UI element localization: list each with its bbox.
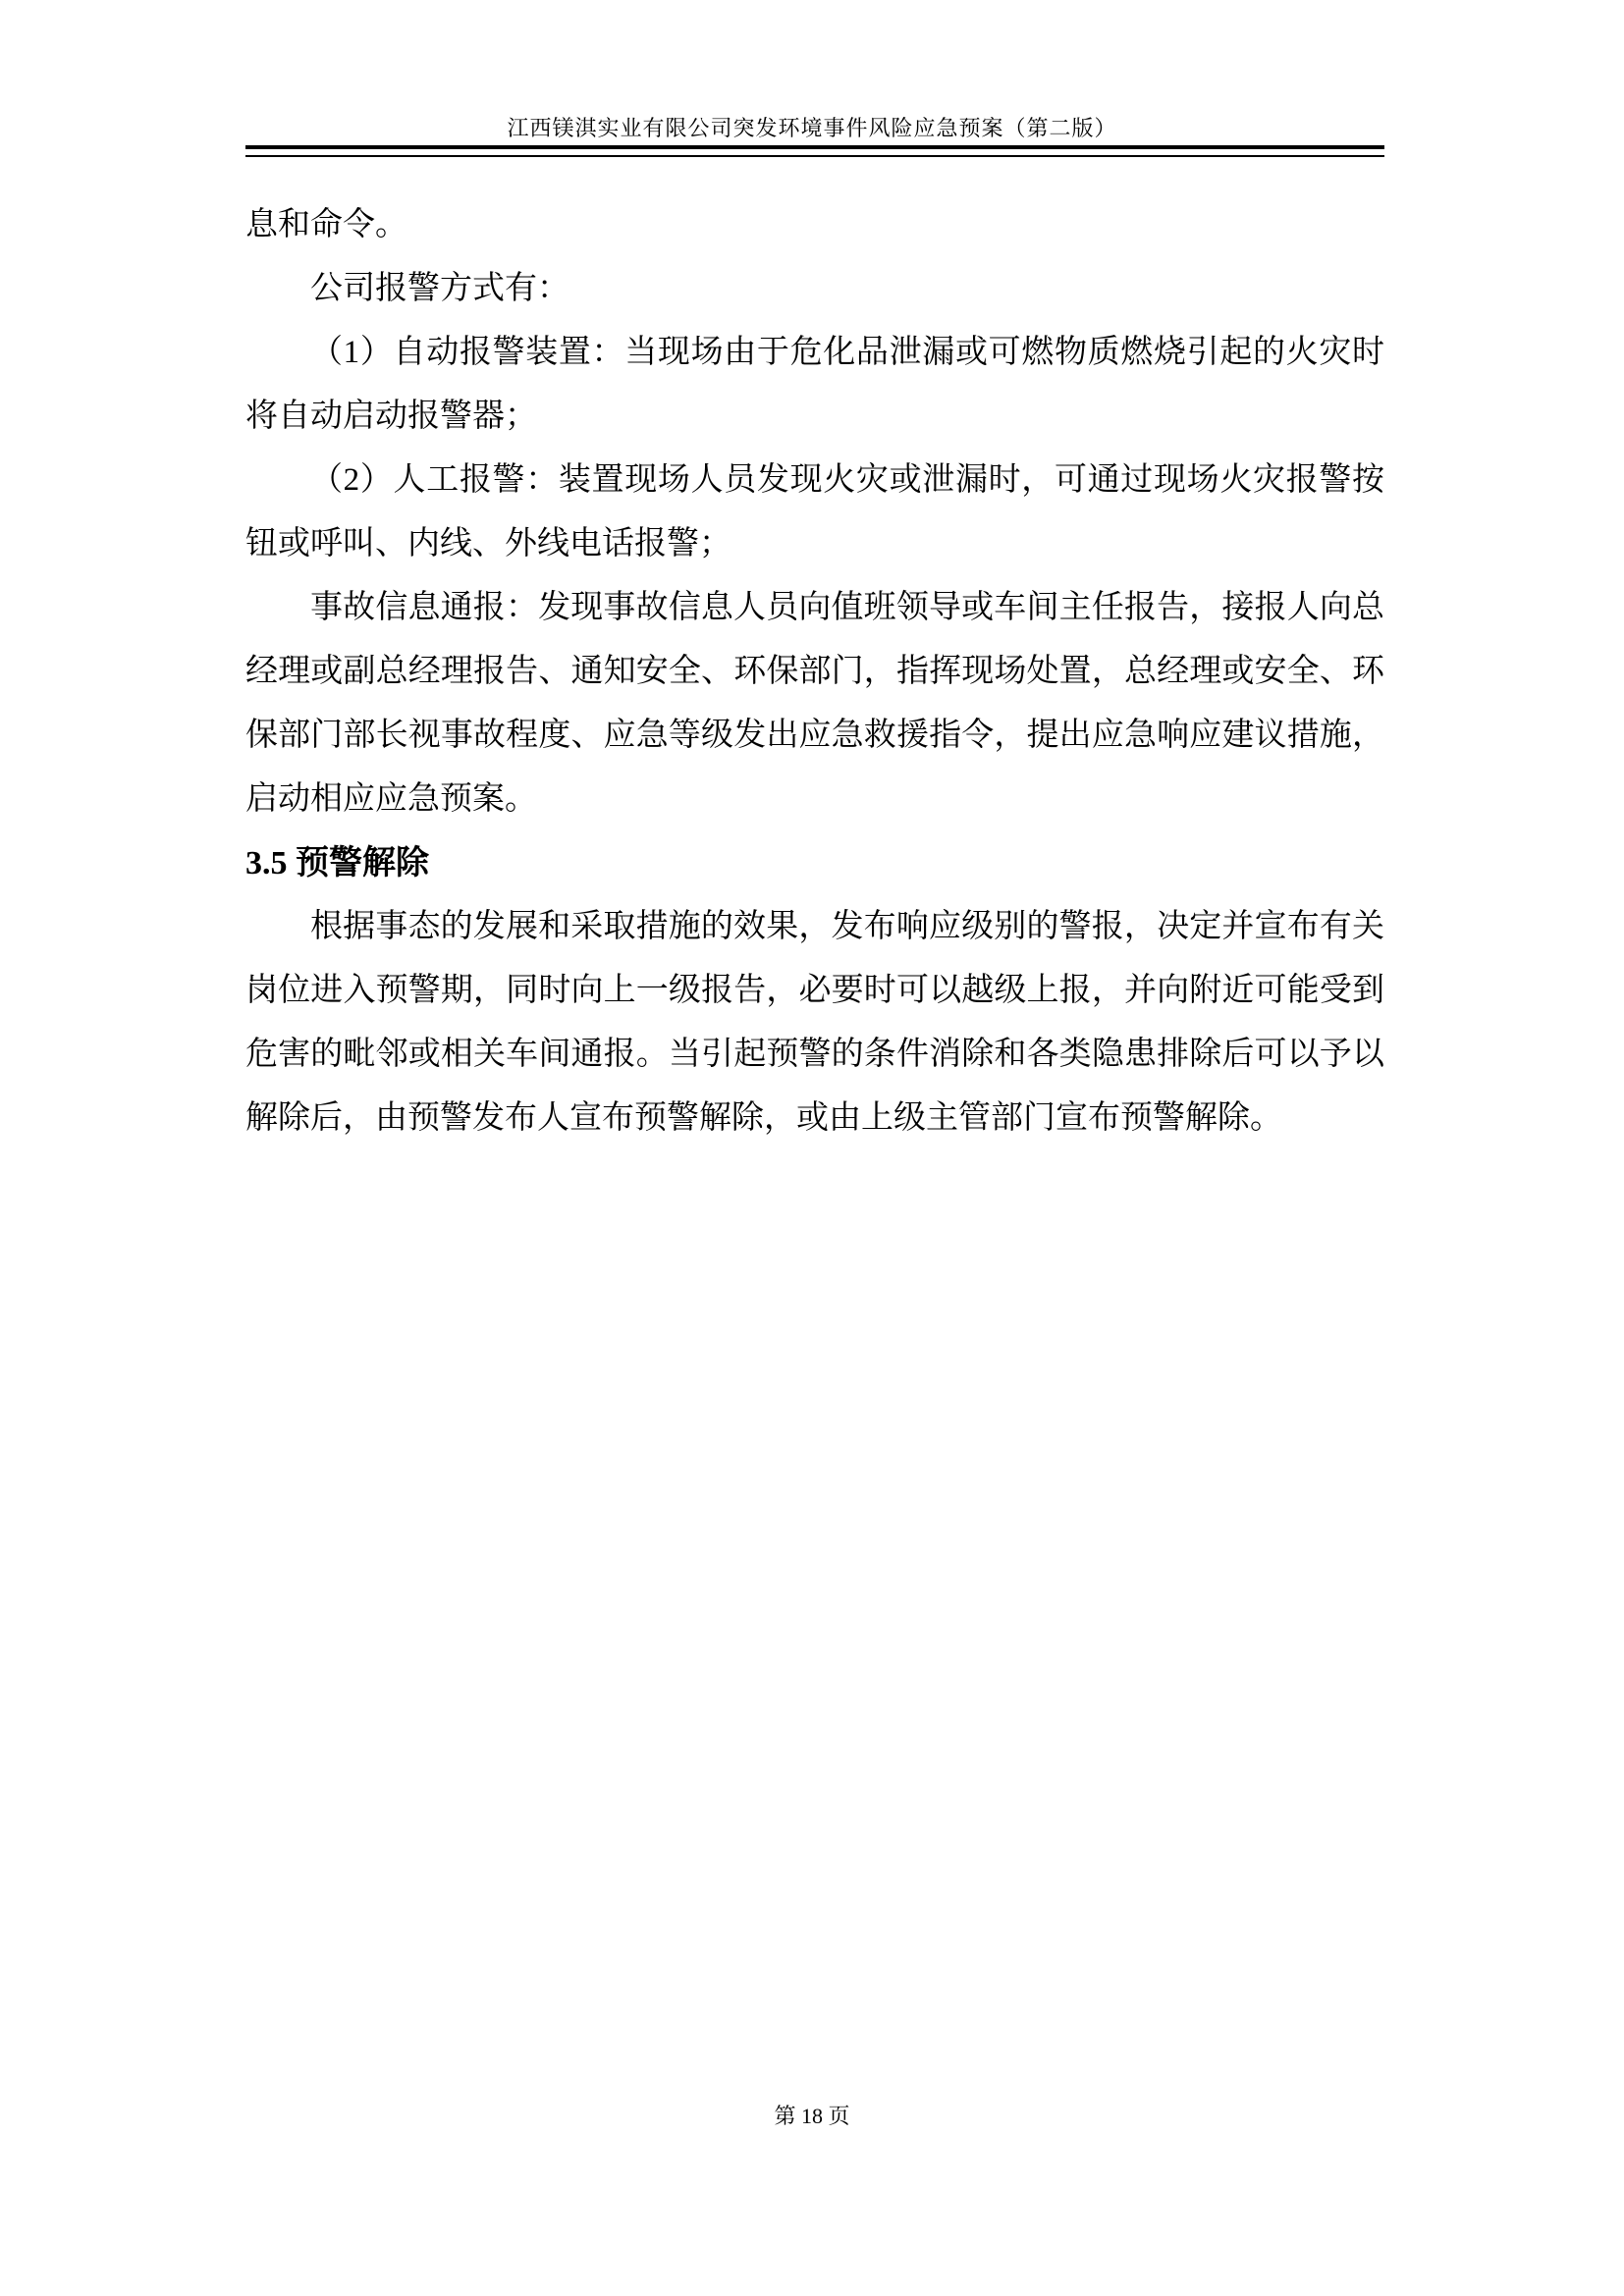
body-line: 钮或呼叫、内线、外线电话报警； [245,512,1384,576]
body-line: 事故信息通报：发现事故信息人员向值班领导或车间主任报告，接报人向总 [245,576,1384,640]
body-line: 启动相应应急预案。 [245,768,1384,831]
header-rule [245,145,1384,157]
body-line: 根据事态的发展和采取措施的效果，发布响应级别的警报，决定并宣布有关 [245,895,1384,959]
body-line: 公司报警方式有： [245,257,1384,321]
page-footer: 第 18 页 [0,2103,1624,2130]
body-line: 岗位进入预警期，同时向上一级报告，必要时可以越级上报，并向附近可能受到 [245,959,1384,1023]
section-heading-3-5: 3.5 预警解除 [245,831,1384,895]
body-line: 保部门部长视事故程度、应急等级发出应急救援指令，提出应急响应建议措施， [245,704,1384,768]
body-line-continuation: 息和命令。 [245,193,1384,257]
body-line: 经理或副总经理报告、通知安全、环保部门，指挥现场处置，总经理或安全、环 [245,640,1384,704]
body-line-item-2: （2）人工报警：装置现场人员发现火灾或泄漏时，可通过现场火灾报警按 [245,449,1384,512]
document-page: 江西镁淇实业有限公司突发环境事件风险应急预案（第二版） 息和命令。 公司报警方式… [0,0,1624,2296]
header-title: 江西镁淇实业有限公司突发环境事件风险应急预案（第二版） [0,115,1624,142]
body-line: 将自动启动报警器； [245,385,1384,449]
document-body: 息和命令。 公司报警方式有： （1）自动报警装置：当现场由于危化品泄漏或可燃物质… [245,193,1384,1150]
body-line: 危害的毗邻或相关车间通报。当引起预警的条件消除和各类隐患排除后可以予以 [245,1023,1384,1087]
body-line: 解除后，由预警发布人宣布预警解除，或由上级主管部门宣布预警解除。 [245,1087,1384,1150]
page-number: 第 18 页 [774,2104,849,2128]
body-line-item-1: （1）自动报警装置：当现场由于危化品泄漏或可燃物质燃烧引起的火灾时 [245,321,1384,385]
